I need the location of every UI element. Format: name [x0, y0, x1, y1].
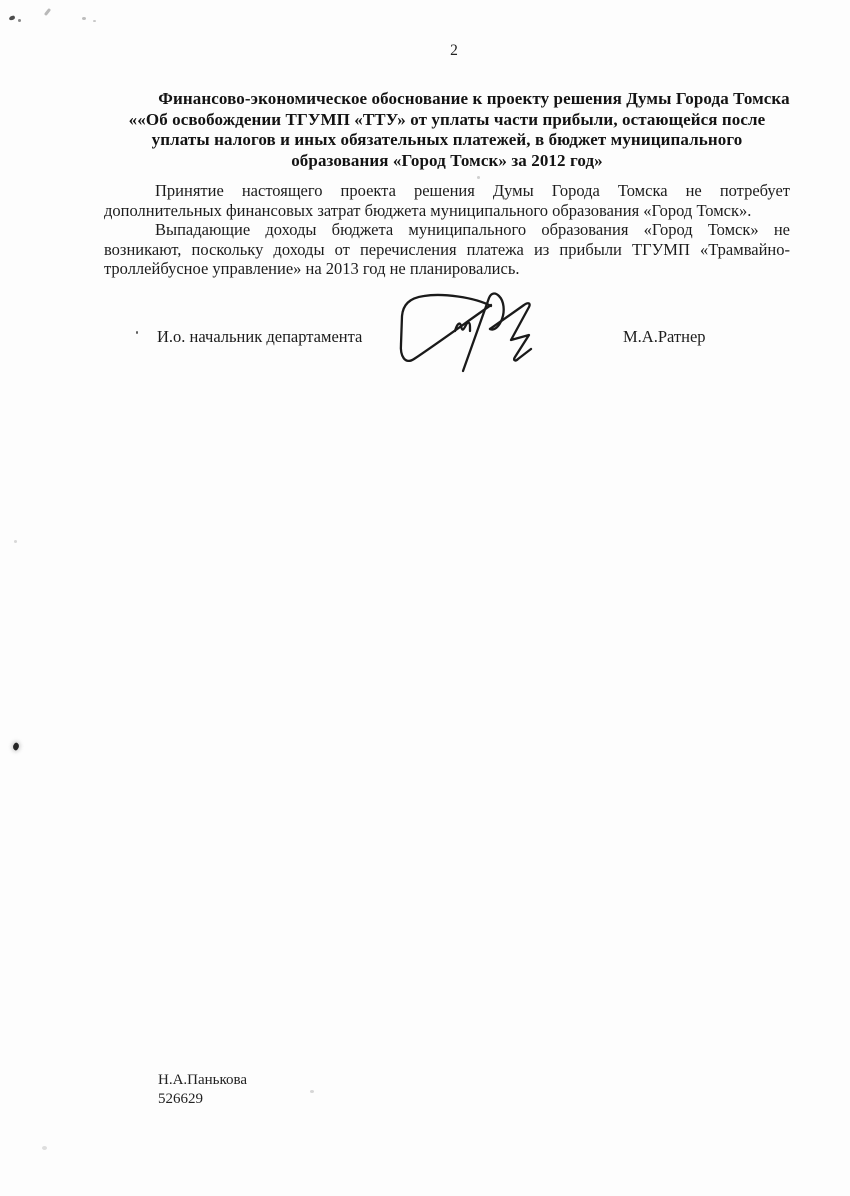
executor-block: Н.А.Панькова 526629	[158, 1071, 247, 1109]
paragraph2-line-3: троллейбусное управление» на 2013 год не…	[104, 259, 790, 279]
paragraph1-line-1: Принятие настоящего проекта решения Думы…	[104, 181, 790, 201]
scan-speck	[44, 8, 51, 16]
scan-speck	[18, 19, 21, 22]
scan-speck	[310, 1090, 314, 1093]
document-title: Финансово-экономическое обоснование к пр…	[104, 89, 790, 171]
scan-speck	[14, 540, 17, 543]
scan-speck	[93, 20, 96, 22]
scanned-document-page: 2 Финансово-экономическое обоснование к …	[0, 0, 850, 1196]
scan-speck	[9, 15, 16, 21]
paragraph2-line-2: возникают, поскольку доходы от перечисле…	[104, 240, 790, 260]
body-text: Принятие настоящего проекта решения Думы…	[104, 181, 790, 279]
scan-speck	[82, 17, 86, 20]
paragraph2-line-1: Выпадающие доходы бюджета муниципального…	[104, 220, 790, 240]
scan-speck	[42, 1146, 47, 1150]
scan-speck	[477, 176, 480, 179]
title-line-1: Финансово-экономическое обоснование к пр…	[104, 89, 790, 110]
handwritten-signature-icon	[380, 285, 580, 385]
executor-phone: 526629	[158, 1090, 247, 1109]
signer-position-label: И.о. начальник департамента	[157, 327, 362, 347]
title-line-4: образования «Город Томск» за 2012 год»	[104, 151, 790, 172]
title-line-2: ««Об освобождении ТГУМП «ТТУ» от уплаты …	[104, 110, 790, 131]
page-number: 2	[414, 43, 494, 59]
title-line-3: уплаты налогов и иных обязательных плате…	[104, 130, 790, 151]
scan-speck	[11, 742, 20, 751]
executor-name: Н.А.Панькова	[158, 1071, 247, 1090]
signer-name: М.А.Ратнер	[623, 327, 706, 347]
paragraph1-line-2: дополнительных финансовых затрат бюджета…	[104, 201, 790, 221]
